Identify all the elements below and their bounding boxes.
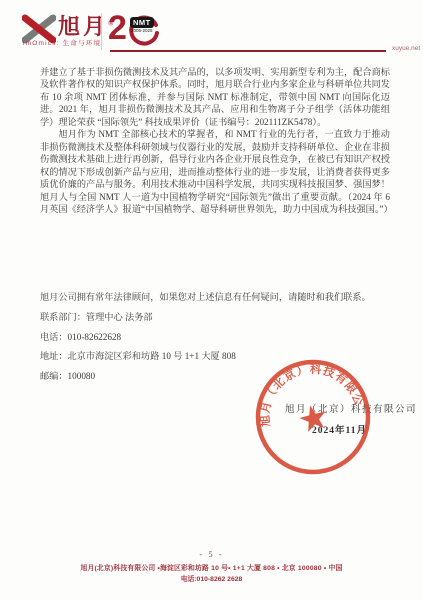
website-url: xuyue.net (392, 45, 420, 52)
anniversary-digit: 2 (108, 9, 127, 47)
contact-block: 旭月公司拥有常年法律顾问，如果您对上述信息有任何疑问，请随时和我们联系。 联系部… (40, 288, 390, 387)
letter-body: 并建立了基于非损伤微测技术及其产品的，以多项发明、实用新型专利为主，配合商标及软… (40, 66, 390, 215)
contact-phone: 电话：010-82622628 (40, 328, 390, 348)
paragraph-1: 并建立了基于非损伤微测技术及其产品的，以多项发明、实用新型专利为主，配合商标及软… (40, 66, 390, 128)
signature-company-name: 旭月（北京）科技有限公司 (285, 401, 417, 415)
brand-name: 旭月® (58, 10, 113, 41)
contact-department: 联系部门：管理中心 法务部 (40, 308, 390, 328)
contact-intro: 旭月公司拥有常年法律顾问，如果您对上述信息有任何疑问，请随时和我们联系。 (40, 288, 390, 308)
anniversary-ring-icon: NMT 2005-2025 (127, 15, 159, 47)
footer-address-line: 旭月(北京)科技有限公司 •海淀区彩和坊路 10 号• 1+1 大厦 808 •… (0, 562, 423, 572)
paragraph-2: 旭月作为 NMT 全部核心技术的掌握者，和 NMT 行业的先行者，一直致力于推动… (40, 128, 390, 215)
contact-address: 地址：北京市海淀区彩和坊路 10 号 1+1 大厦 808 (40, 347, 390, 367)
logo-divider (101, 13, 102, 50)
contact-postcode: 邮编：100080 (40, 367, 390, 387)
anniversary-years: 2005-2025 (131, 28, 153, 33)
brand-tagline: imOmics: 生命与环境 (23, 38, 101, 47)
header-rule (110, 50, 386, 52)
nmt-badge: NMT (130, 17, 154, 28)
document-page: 旭月® imOmics: 生命与环境 2 NMT 2005-2025 xuyue… (0, 0, 423, 600)
signature-date: 2024年11月 (312, 422, 367, 436)
nmt-20th-anniversary-logo-icon: 2 NMT 2005-2025 (108, 9, 178, 51)
letterhead: 旭月® imOmics: 生命与环境 2 NMT 2005-2025 (22, 12, 423, 62)
page-number: - 5 - (0, 549, 423, 559)
footer-phone-line: 电话:010-8262 2628 (0, 573, 423, 583)
